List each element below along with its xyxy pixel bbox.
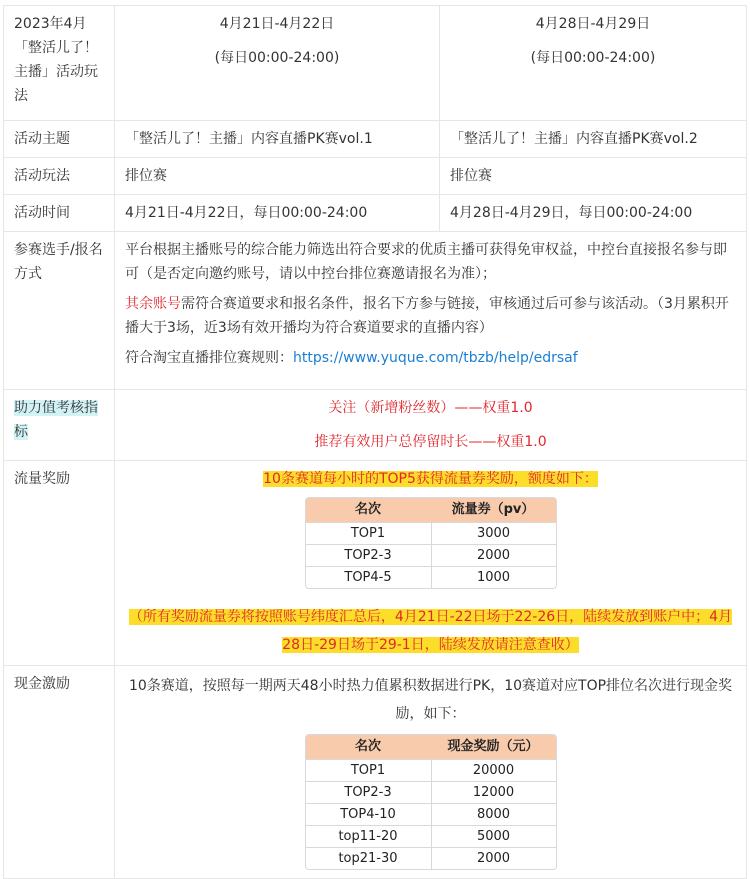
period-1: 4月21日-4月22日 (每日00:00-24:00) <box>115 6 440 121</box>
registration-row: 参赛选手/报名方式 平台根据主播账号的综合能力筛选出符合要求的优质主播可获得免审… <box>4 232 747 390</box>
cash-row: 现金激励 10条赛道，按照每一期两天48小时热力值累积数据进行PK，10赛道对应… <box>4 666 747 876</box>
rules-link[interactable]: https://www.yuque.com/tbzb/help/edrsaf <box>293 350 578 366</box>
time-row: 活动时间 4月21日-4月22日，每日00:00-24:00 4月28日-4月2… <box>4 195 747 232</box>
header-row: 2023年4月「整活儿了！主播」活动玩法 4月21日-4月22日 (每日00:0… <box>4 6 747 121</box>
traffic-reward-table: 名次流量券（pv） TOP13000 TOP2-32000 TOP4-51000 <box>305 497 557 589</box>
activity-table: 2023年4月「整活儿了！主播」活动玩法 4月21日-4月22日 (每日00:0… <box>3 5 747 875</box>
highlight-other-accounts: 其余账号 <box>125 296 181 312</box>
header-label: 2023年4月「整活儿了！主播」活动玩法 <box>4 6 115 121</box>
format-row: 活动玩法 排位赛 排位赛 <box>4 158 747 195</box>
period-2: 4月28日-4月29日 (每日00:00-24:00) <box>440 6 747 121</box>
cash-reward-table: 名次现金奖励（元） TOP120000 TOP2-312000 TOP4-108… <box>305 734 557 870</box>
metrics-row: 助力值考核指标 关注（新增粉丝数）——权重1.0 推荐有效用户总停留时长——权重… <box>4 390 747 461</box>
traffic-row: 流量奖励 10条赛道每小时的TOP5获得流量券奖励，额度如下： 名次流量券（pv… <box>4 461 747 666</box>
traffic-note: （所有奖励流量券将按照账号纬度汇总后，4月21日-22日场于22-26日，陆续发… <box>129 609 732 653</box>
theme-row: 活动主题 「整活儿了！主播」内容直播PK赛vol.1 「整活儿了！主播」内容直播… <box>4 121 747 158</box>
